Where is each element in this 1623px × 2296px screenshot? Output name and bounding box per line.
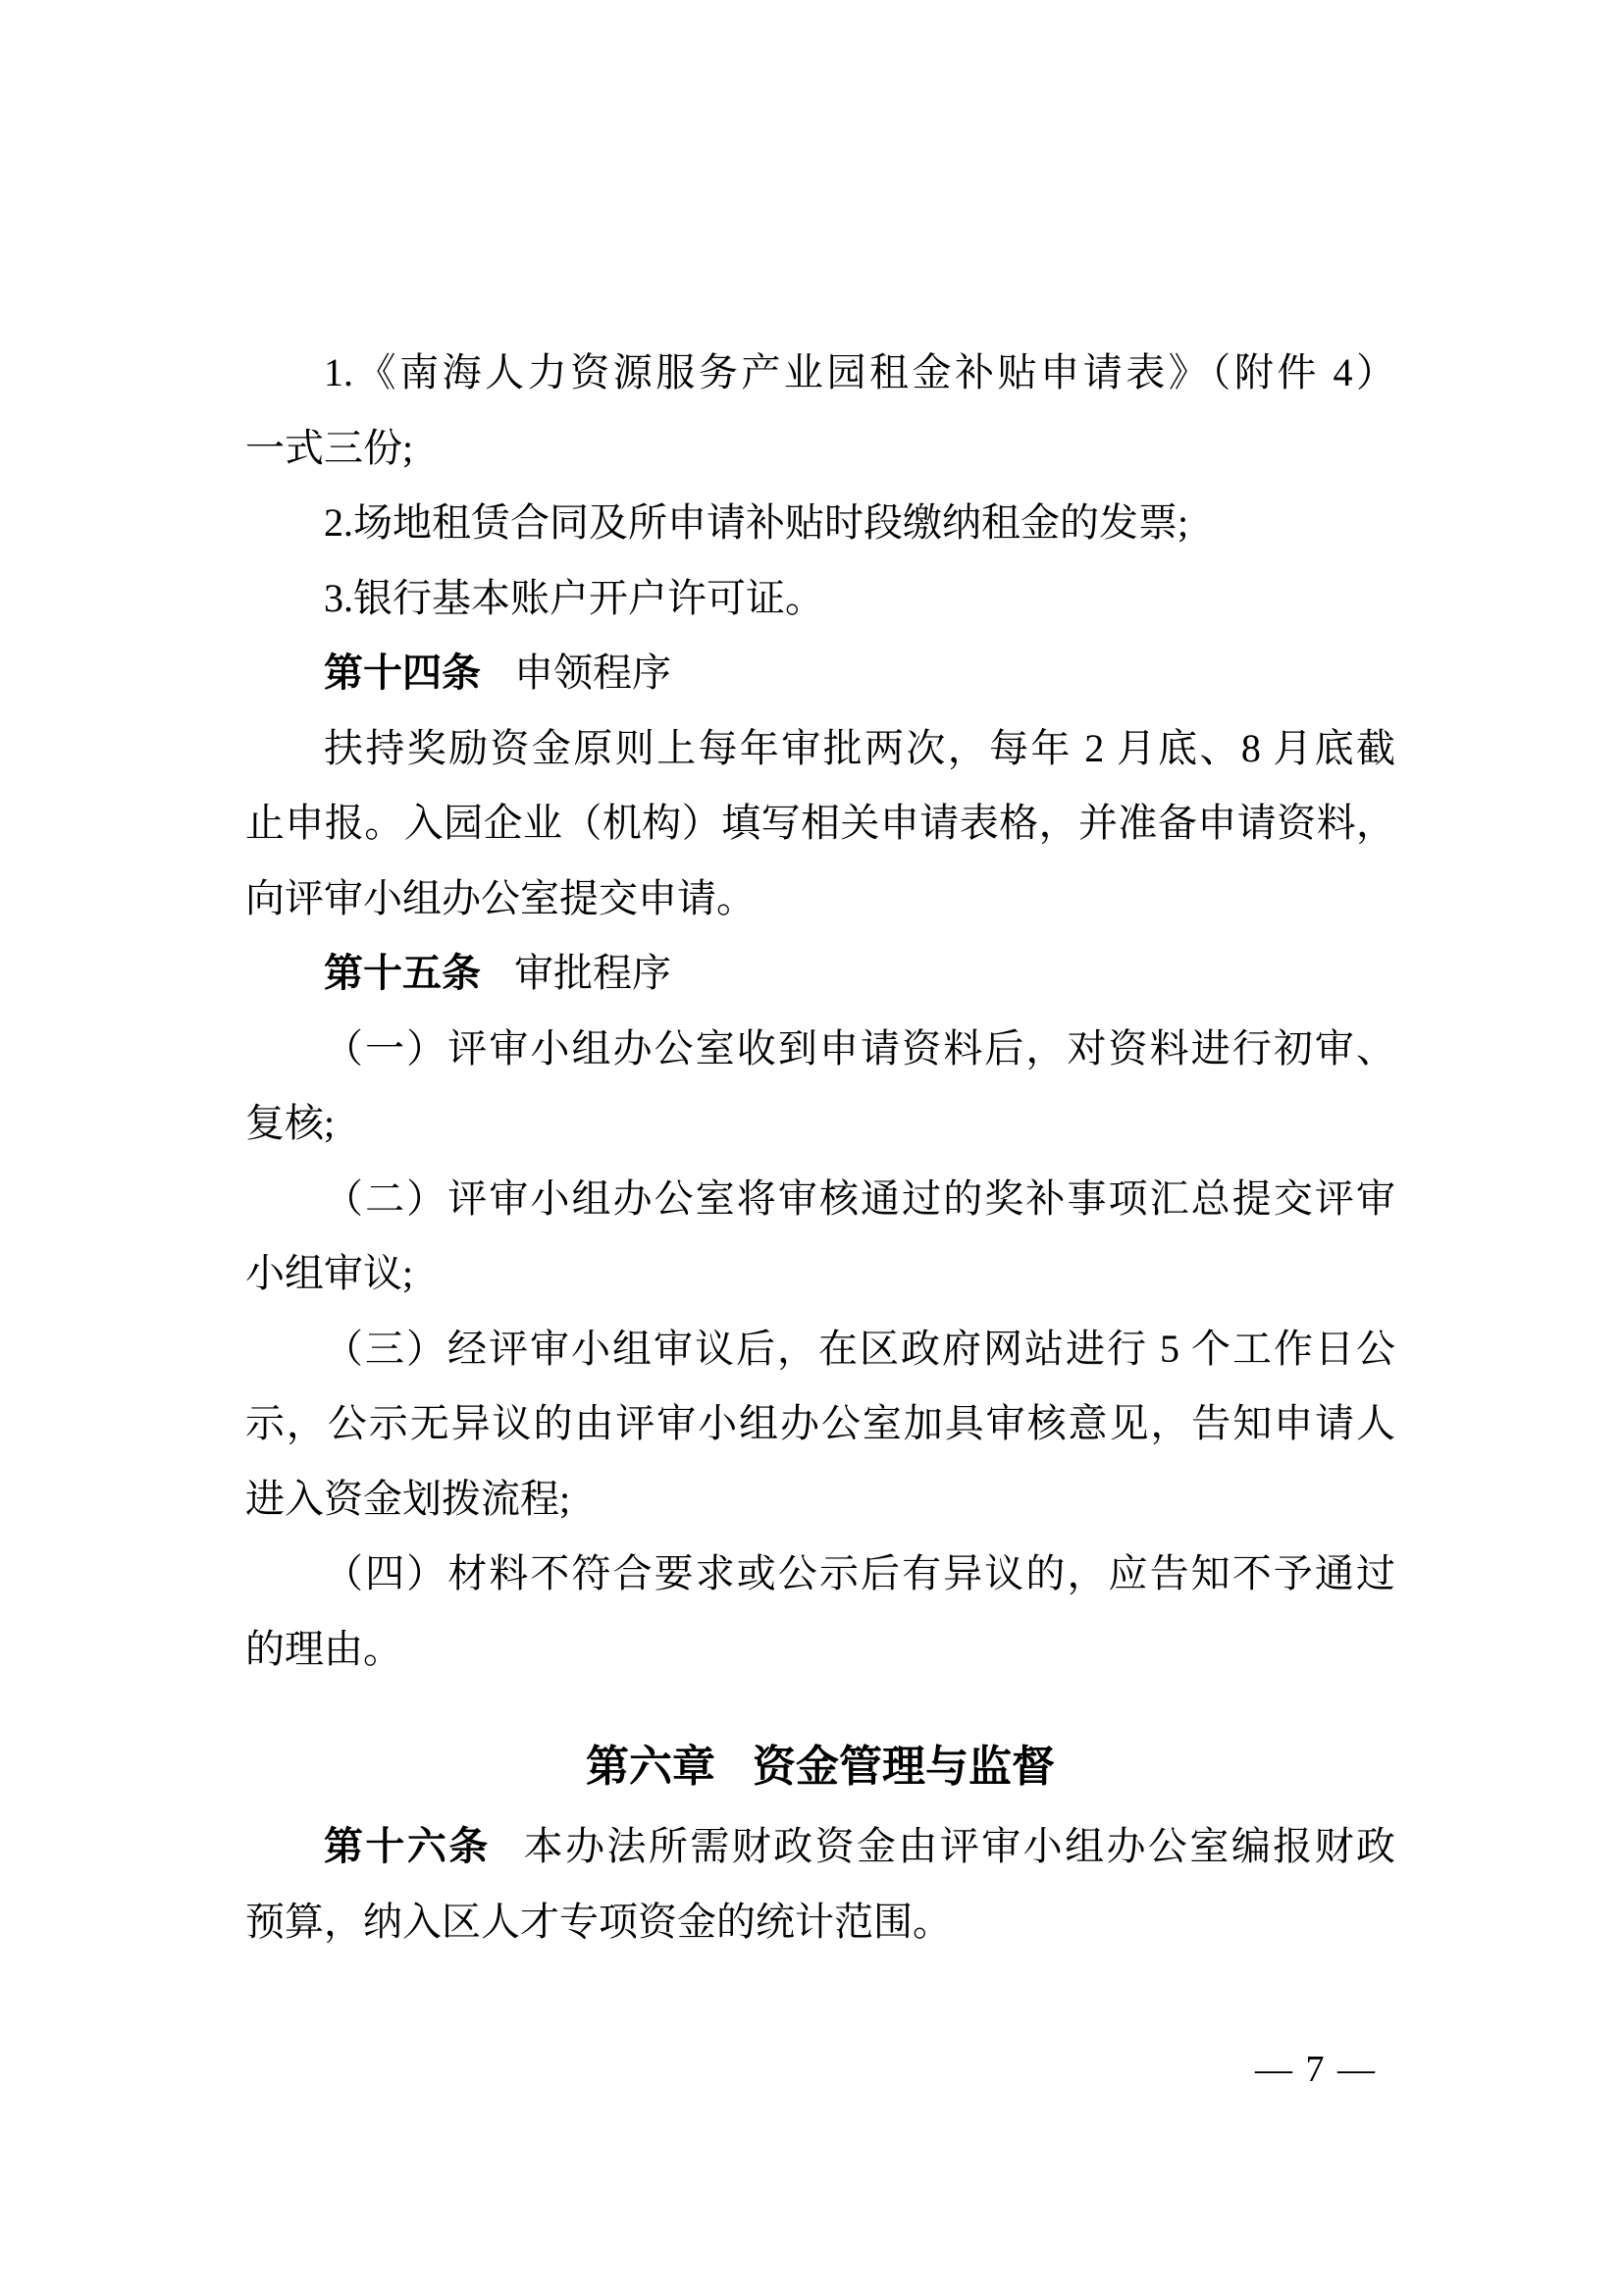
document-body: 1.《南海人力资源服务产业园租金补贴申请表》（附件 4） 一式三份; 2.场地租… bbox=[245, 336, 1395, 1959]
article-15-item-3-line-2: 示，公示无异议的由评审小组办公室加具审核意见，告知申请人 bbox=[245, 1386, 1395, 1462]
list-item-1: 1.《南海人力资源服务产业园租金补贴申请表》（附件 4） bbox=[245, 336, 1395, 411]
article-15-item-3-line-1: （三）经评审小组审议后，在区政府网站进行 5 个工作日公 bbox=[245, 1312, 1395, 1387]
chapter-heading: 第六章资金管理与监督 bbox=[245, 1729, 1395, 1804]
list-item-2: 2.场地租赁合同及所申请补贴时段缴纳租金的发票; bbox=[245, 486, 1395, 561]
list-item-1-continuation: 一式三份; bbox=[245, 411, 1395, 487]
chapter-number: 第六章 bbox=[586, 1743, 715, 1791]
document-page: { "page": { "background_color": "#ffffff… bbox=[0, 0, 1623, 2296]
article-15-item-4-line-2: 的理由。 bbox=[245, 1612, 1395, 1688]
article-16-text: 本办法所需财政资金由评审小组办公室编报财政 bbox=[524, 1824, 1395, 1868]
article-16-line-1: 第十六条本办法所需财政资金由评审小组办公室编报财政 bbox=[245, 1809, 1395, 1885]
article-15-heading: 第十五条审批程序 bbox=[245, 936, 1395, 1012]
article-15-item-2-line-2: 小组审议; bbox=[245, 1236, 1395, 1312]
article-14-line-1: 扶持奖励资金原则上每年审批两次，每年 2 月底、8 月底截 bbox=[245, 711, 1395, 787]
article-14-line-3: 向评审小组办公室提交申请。 bbox=[245, 861, 1395, 937]
article-15-item-3-line-3: 进入资金划拨流程; bbox=[245, 1462, 1395, 1538]
list-item-3: 3.银行基本账户开户许可证。 bbox=[245, 561, 1395, 637]
chapter-title: 资金管理与监督 bbox=[753, 1743, 1055, 1791]
article-14-line-2: 止申报。入园企业（机构）填写相关申请表格，并准备申请资料， bbox=[245, 786, 1395, 861]
article-15-item-2-line-1: （二）评审小组办公室将审核通过的奖补事项汇总提交评审 bbox=[245, 1162, 1395, 1237]
article-15-title: 审批程序 bbox=[514, 951, 671, 995]
article-15-item-1-line-1: （一）评审小组办公室收到申请资料后，对资料进行初审、 bbox=[245, 1012, 1395, 1087]
article-14-number: 第十四条 bbox=[324, 651, 481, 695]
article-15-item-1-line-2: 复核; bbox=[245, 1086, 1395, 1162]
article-15-item-4-line-1: （四）材料不符合要求或公示后有异议的，应告知不予通过 bbox=[245, 1537, 1395, 1612]
article-16-line-2: 预算，纳入区人才专项资金的统计范围。 bbox=[245, 1885, 1395, 1960]
article-14-title: 申领程序 bbox=[514, 651, 671, 695]
article-15-number: 第十五条 bbox=[324, 951, 481, 995]
page-number: — 7 — bbox=[1255, 2047, 1377, 2092]
article-16-number: 第十六条 bbox=[324, 1824, 491, 1868]
article-14-heading: 第十四条申领程序 bbox=[245, 636, 1395, 711]
